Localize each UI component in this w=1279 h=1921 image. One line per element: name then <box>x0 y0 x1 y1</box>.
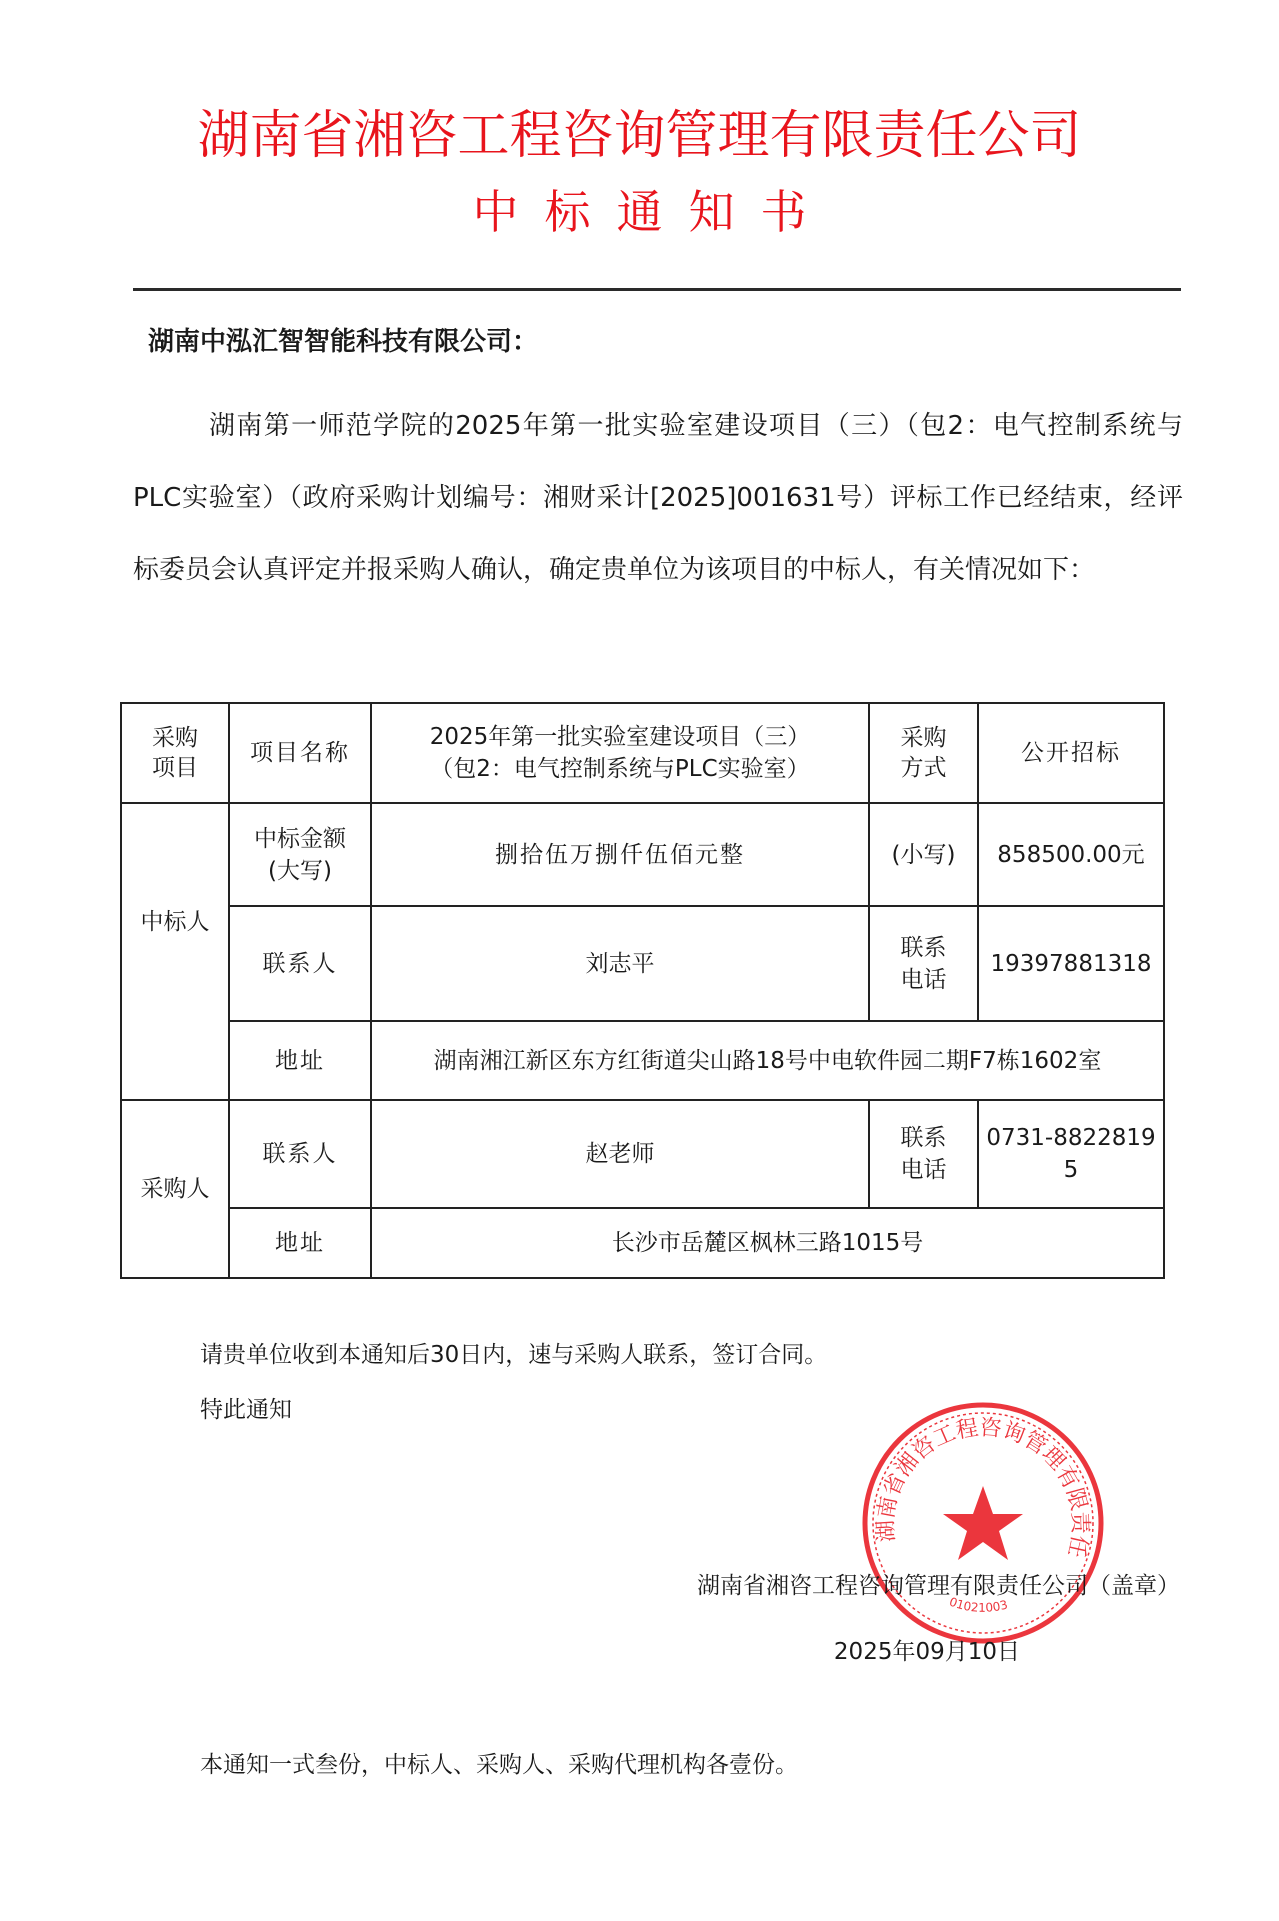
letter-body: 湖南第一师范学院的2025年第一批实验室建设项目（三）（包2：电气控制系统与PL… <box>133 390 1183 606</box>
winner-phone-value: 19397881318 <box>978 906 1164 1021</box>
company-seal-icon: 湖南省湘咨工程咨询管理有限责任公司 01021003 <box>858 1398 1108 1648</box>
winner-phone-label: 联系 电话 <box>869 906 978 1021</box>
purchaser-phone-label: 联系 电话 <box>869 1100 978 1208</box>
issue-date: 2025年09月10日 <box>650 1632 1020 1672</box>
addressee: 湖南中泓汇智智能科技有限公司： <box>148 322 538 362</box>
contract-instruction: 请贵单位收到本通知后30日内，速与采购人联系，签订合同。 <box>200 1335 827 1375</box>
procurement-item-text: 采购项目 <box>149 723 201 783</box>
winner-address-value: 湖南湘江新区东方红街道尖山路18号中电软件园二期F7栋1602室 <box>371 1021 1164 1100</box>
purchaser-address-label: 地址 <box>229 1208 371 1278</box>
table-row-winner-contact: 联系人 刘志平 联系 电话 19397881318 <box>121 906 1164 1021</box>
award-amount-words: 捌拾伍万捌仟伍佰元整 <box>371 803 869 906</box>
purchaser-phone-label-line1: 联系 <box>874 1122 973 1154</box>
seal-text: 湖南省湘咨工程咨询管理有限责任公司 <box>858 1398 1092 1560</box>
winner-contact-value: 刘志平 <box>371 906 869 1021</box>
award-amount-label-line2: (大写) <box>234 855 366 887</box>
procurement-method-text: 采购方式 <box>898 723 950 783</box>
closing-remark: 特此通知 <box>200 1390 292 1430</box>
table-row-amount: 中标人 中标金额 (大写) 捌拾伍万捌仟伍佰元整 (小写) 858500.00元 <box>121 803 1164 906</box>
award-details-table: 采购项目 项目名称 2025年第一批实验室建设项目（三） （包2：电气控制系统与… <box>120 702 1165 1279</box>
project-name-value: 2025年第一批实验室建设项目（三） （包2：电气控制系统与PLC实验室） <box>371 703 869 803</box>
header-divider <box>133 288 1181 291</box>
award-amount-label: 中标金额 (大写) <box>229 803 371 906</box>
project-name-line1: 2025年第一批实验室建设项目（三） <box>376 721 864 753</box>
table-row-winner-address: 地址 湖南湘江新区东方红街道尖山路18号中电软件园二期F7栋1602室 <box>121 1021 1164 1100</box>
procurement-item-label: 采购项目 <box>121 703 229 803</box>
procurement-method-value: 公开招标 <box>978 703 1164 803</box>
purchaser-contact-value: 赵老师 <box>371 1100 869 1208</box>
svg-text:湖南省湘咨工程咨询管理有限责任公司: 湖南省湘咨工程咨询管理有限责任公司 <box>858 1398 1092 1560</box>
procurement-method-label: 采购方式 <box>869 703 978 803</box>
winner-phone-label-line1: 联系 <box>874 932 973 964</box>
award-amount-label-line1: 中标金额 <box>234 823 366 855</box>
winner-contact-label: 联系人 <box>229 906 371 1021</box>
purchaser-phone-line1: 0731-8822819 <box>983 1122 1159 1154</box>
winner-address-label: 地址 <box>229 1021 371 1100</box>
purchaser-contact-label: 联系人 <box>229 1100 371 1208</box>
table-row-project: 采购项目 项目名称 2025年第一批实验室建设项目（三） （包2：电气控制系统与… <box>121 703 1164 803</box>
award-amount-numeric-label: (小写) <box>869 803 978 906</box>
award-amount-numeric: 858500.00元 <box>978 803 1164 906</box>
table-row-purchaser-address: 地址 长沙市岳麓区枫林三路1015号 <box>121 1208 1164 1278</box>
issuer-signature: 湖南省湘咨工程咨询管理有限责任公司（盖章） <box>650 1566 1180 1606</box>
document-title: 中标通知书 <box>0 180 1279 244</box>
purchaser-address-value: 长沙市岳麓区枫林三路1015号 <box>371 1208 1164 1278</box>
winner-phone-label-line2: 电话 <box>874 964 973 996</box>
purchaser-group-label: 采购人 <box>121 1100 229 1278</box>
purchaser-phone-label-line2: 电话 <box>874 1154 973 1186</box>
issuer-company-title: 湖南省湘咨工程咨询管理有限责任公司 <box>0 100 1279 172</box>
purchaser-phone-line2: 5 <box>983 1154 1159 1186</box>
purchaser-phone-value: 0731-8822819 5 <box>978 1100 1164 1208</box>
winner-group-label: 中标人 <box>121 803 229 1100</box>
project-name-label: 项目名称 <box>229 703 371 803</box>
table-row-purchaser-contact: 采购人 联系人 赵老师 联系 电话 0731-8822819 5 <box>121 1100 1164 1208</box>
project-name-line2: （包2：电气控制系统与PLC实验室） <box>376 753 864 785</box>
copies-note: 本通知一式叁份，中标人、采购人、采购代理机构各壹份。 <box>200 1745 798 1785</box>
